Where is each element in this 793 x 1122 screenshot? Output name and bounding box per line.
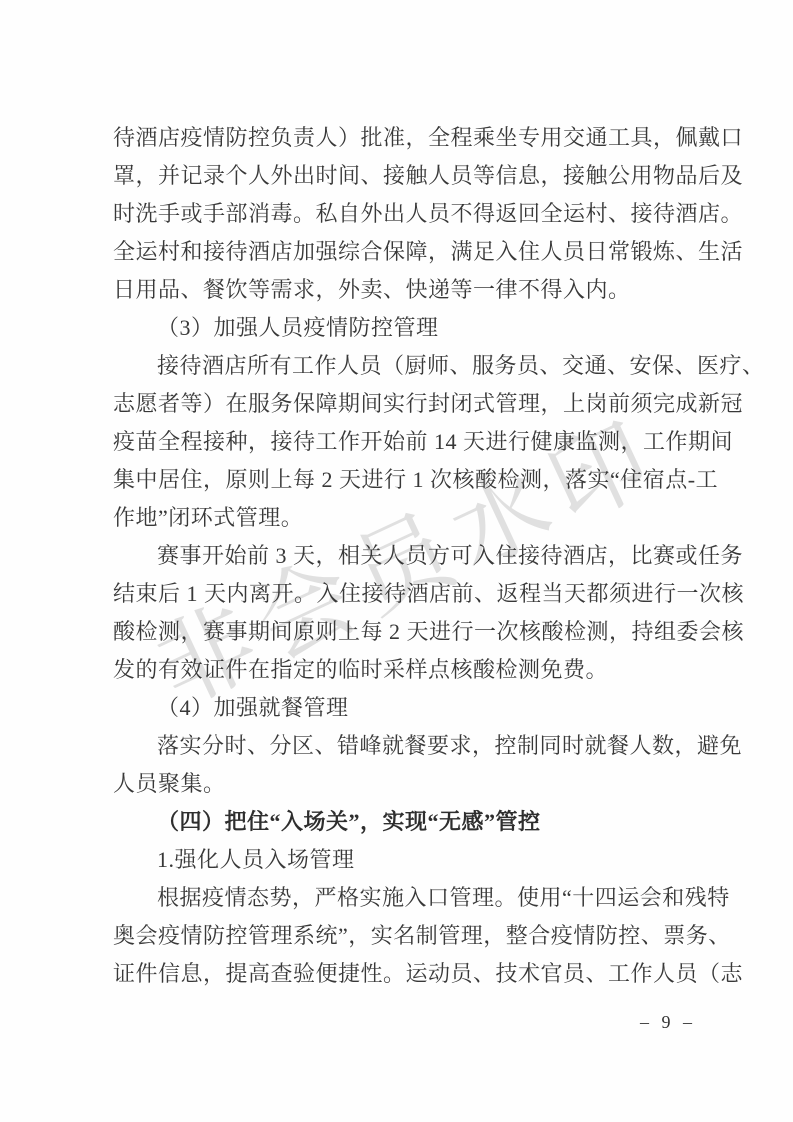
section-heading: 1.强化人员入场管理 — [113, 841, 713, 879]
text-line: 根据疫情态势，严格实施入口管理。使用“十四运会和残特 — [113, 879, 713, 917]
text-line: 结束后 1 天内离开。入住接待酒店前、返程当天都须进行一次核 — [113, 575, 713, 613]
text-line: 酸检测，赛事期间原则上每 2 天进行一次核酸检测，持组委会核 — [113, 613, 713, 651]
text-line: 集中居住，原则上每 2 天进行 1 次核酸检测，落实“住宿点-工 — [113, 461, 713, 499]
text-line: 时洗手或手部消毒。私自外出人员不得返回全运村、接待酒店。 — [113, 195, 713, 233]
text-line: 罩，并记录个人外出时间、接触人员等信息，接触公用物品后及 — [113, 157, 713, 195]
section-heading-bold: （四）把住“入场关”，实现“无感”管控 — [113, 803, 713, 841]
text-line: 发的有效证件在指定的临时采样点核酸检测免费。 — [113, 651, 713, 689]
text-line: 待酒店疫情防控负责人）批准，全程乘坐专用交通工具，佩戴口 — [113, 119, 713, 157]
page-number: – 9 – — [598, 1012, 738, 1033]
text-line: 接待酒店所有工作人员（厨师、服务员、交通、安保、医疗、 — [113, 347, 713, 385]
text-line: 奥会疫情防控管理系统”，实名制管理，整合疫情防控、票务、 — [113, 917, 713, 955]
section-heading: （4）加强就餐管理 — [113, 689, 713, 727]
section-heading: （3）加强人员疫情防控管理 — [113, 309, 713, 347]
text-line: 证件信息，提高查验便捷性。运动员、技术官员、工作人员（志 — [113, 955, 713, 993]
document-page: 非会员水印 待酒店疫情防控负责人）批准，全程乘坐专用交通工具，佩戴口 罩，并记录… — [0, 0, 793, 1122]
text-line: 落实分时、分区、错峰就餐要求，控制同时就餐人数，避免 — [113, 727, 713, 765]
document-body: 待酒店疫情防控负责人）批准，全程乘坐专用交通工具，佩戴口 罩，并记录个人外出时间… — [113, 119, 713, 993]
text-line: 疫苗全程接种，接待工作开始前 14 天进行健康监测，工作期间 — [113, 423, 713, 461]
text-line: 人员聚集。 — [113, 765, 713, 803]
text-line: 全运村和接待酒店加强综合保障，满足入住人员日常锻炼、生活 — [113, 233, 713, 271]
text-line: 作地”闭环式管理。 — [113, 499, 713, 537]
text-line: 日用品、餐饮等需求，外卖、快递等一律不得入内。 — [113, 271, 713, 309]
text-line: 志愿者等）在服务保障期间实行封闭式管理，上岗前须完成新冠 — [113, 385, 713, 423]
text-line: 赛事开始前 3 天，相关人员方可入住接待酒店，比赛或任务 — [113, 537, 713, 575]
